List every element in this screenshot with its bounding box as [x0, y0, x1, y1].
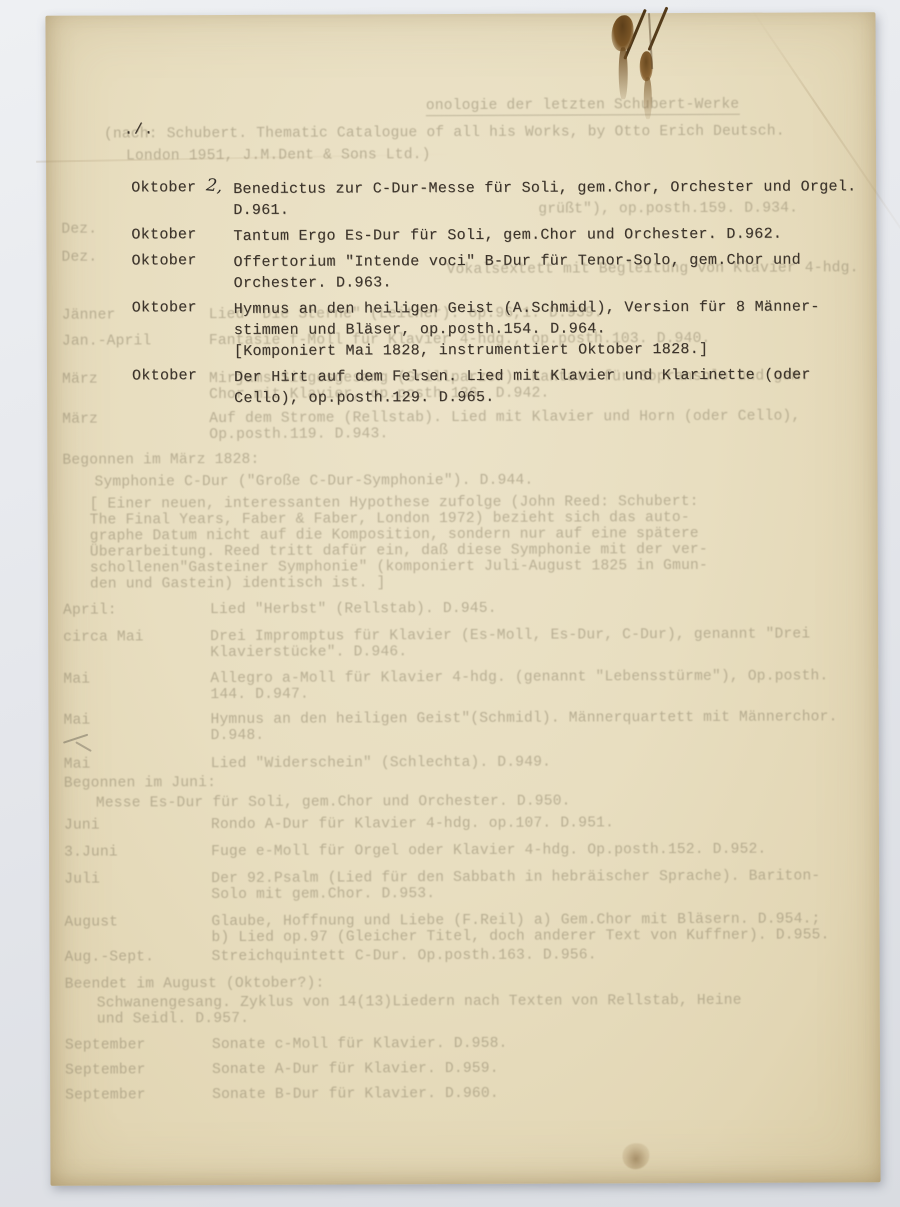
entry-text: Der Hirt auf dem Felsen. Lied mit Klavie…	[234, 364, 882, 409]
handwritten-number: 2,	[205, 175, 223, 197]
entry-month-label: Oktober	[132, 367, 197, 384]
catalogue-entry: Oktober Offertorium "Intende voci" B-Dur…	[46, 249, 876, 253]
catalogue-entry: Oktober 2, Benedictus zur C-Dur-Messe fü…	[46, 176, 876, 180]
entry-text: Benedictus zur C-Dur-Messe für Soli, gem…	[233, 176, 881, 221]
entry-month-label: Oktober	[131, 252, 196, 269]
entry-month-label: Oktober	[131, 226, 196, 243]
entry-month-label: Oktober	[131, 179, 196, 196]
typed-text-layer: ./. Oktober 2, Benedictus zur C-Dur-Mess…	[45, 12, 880, 1186]
catalogue-entries: Oktober 2, Benedictus zur C-Dur-Messe fü…	[45, 12, 875, 16]
catalogue-entry: Oktober Tantum Ergo Es-Dur für Soli, gem…	[46, 223, 876, 227]
entry-text: Hymnus an den heiligen Geist (A.Schmidl)…	[234, 296, 882, 362]
continuation-mark: ./.	[124, 121, 154, 138]
entry-month-label: Oktober	[132, 299, 197, 316]
scanner-background: { "page": { "continuation_mark": "./." }…	[0, 0, 900, 1207]
entry-text: Offertorium "Intende voci" B-Dur für Ten…	[233, 249, 881, 294]
catalogue-entry: Oktober Der Hirt auf dem Felsen. Lied mi…	[47, 364, 877, 368]
document-page: onologie der letzten Schubert-Werke (nac…	[45, 12, 880, 1186]
entry-text: Tantum Ergo Es-Dur für Soli, gem.Chor un…	[233, 223, 881, 247]
catalogue-entry: Oktober Hymnus an den heiligen Geist (A.…	[47, 296, 877, 300]
